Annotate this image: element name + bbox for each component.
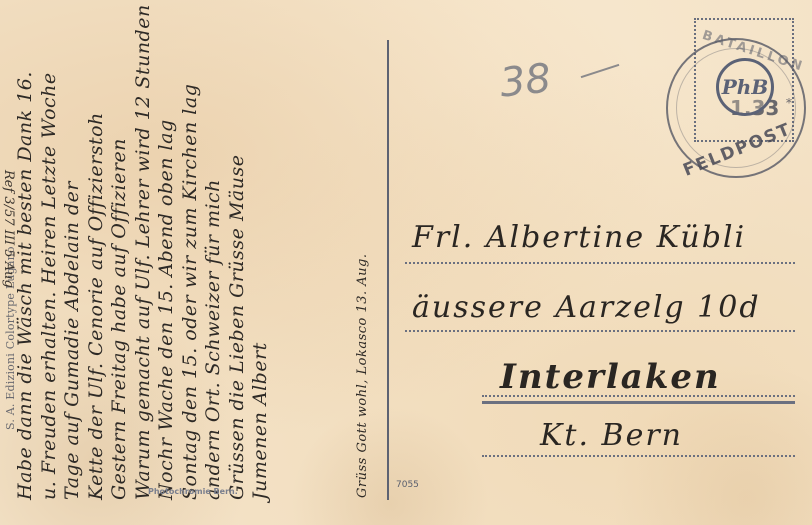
center-divider — [387, 40, 389, 500]
address-dotted-line-3 — [482, 395, 795, 397]
address-dotted-line-1 — [405, 262, 795, 264]
monogram-logo-icon: PhB — [716, 58, 774, 116]
postcard-back: Habe dann die Wäsch mit besten Dank 16. … — [0, 0, 812, 525]
message-line: Habe dann die Wäsch mit besten Dank 16. — [14, 20, 38, 500]
side-note: Ref 3/57 III 5 Aug — [1, 170, 16, 288]
address-underline — [482, 401, 795, 404]
pencil-mark: 38 — [498, 55, 553, 106]
address-dotted-line-2 — [405, 330, 795, 332]
message-line: Gestern Freitag habe auf Offizieren — [108, 20, 132, 500]
address-dotted-line-4 — [482, 455, 795, 457]
handwritten-message: Habe dann die Wäsch mit besten Dank 16. … — [14, 20, 384, 500]
message-line: Tage auf Gumadie Abdelain der — [61, 20, 85, 500]
address-line-4: Kt. Bern — [540, 418, 683, 453]
address-line-1: Frl. Albertine Kübli — [412, 220, 746, 255]
pencil-dash — [581, 64, 620, 78]
message-line: andern Ort. Schweizer für mich — [202, 20, 226, 500]
message-line: Jumenen Albert — [249, 20, 273, 500]
message-header: Grüss Gott wohl, Lokasco 13. Aug. — [355, 253, 370, 498]
card-number: 7055 — [396, 480, 419, 490]
message-line: Warum gemacht auf Ulf. Lehrer wird 12 St… — [132, 20, 156, 500]
printer-imprint: Photochromie Bern. — [148, 487, 238, 496]
message-line: Sontag den 15. oder wir zum Kirchen lag — [179, 20, 203, 500]
message-line: u. Freuden erhalten. Heiren Letzte Woche — [38, 20, 62, 500]
address-line-2: äussere Aarzelg 10d — [412, 290, 761, 325]
message-line: Kette der Ulf. Cenorie auf Offizierstoh — [85, 20, 109, 500]
message-line: Grüssen die Lieben Grüsse Mäuse — [226, 20, 250, 500]
postmark-star-icon: * — [786, 96, 792, 110]
address-line-3: Interlaken — [500, 357, 721, 397]
message-line: Nochr Wache den 15. Abend oben lag — [155, 20, 179, 500]
